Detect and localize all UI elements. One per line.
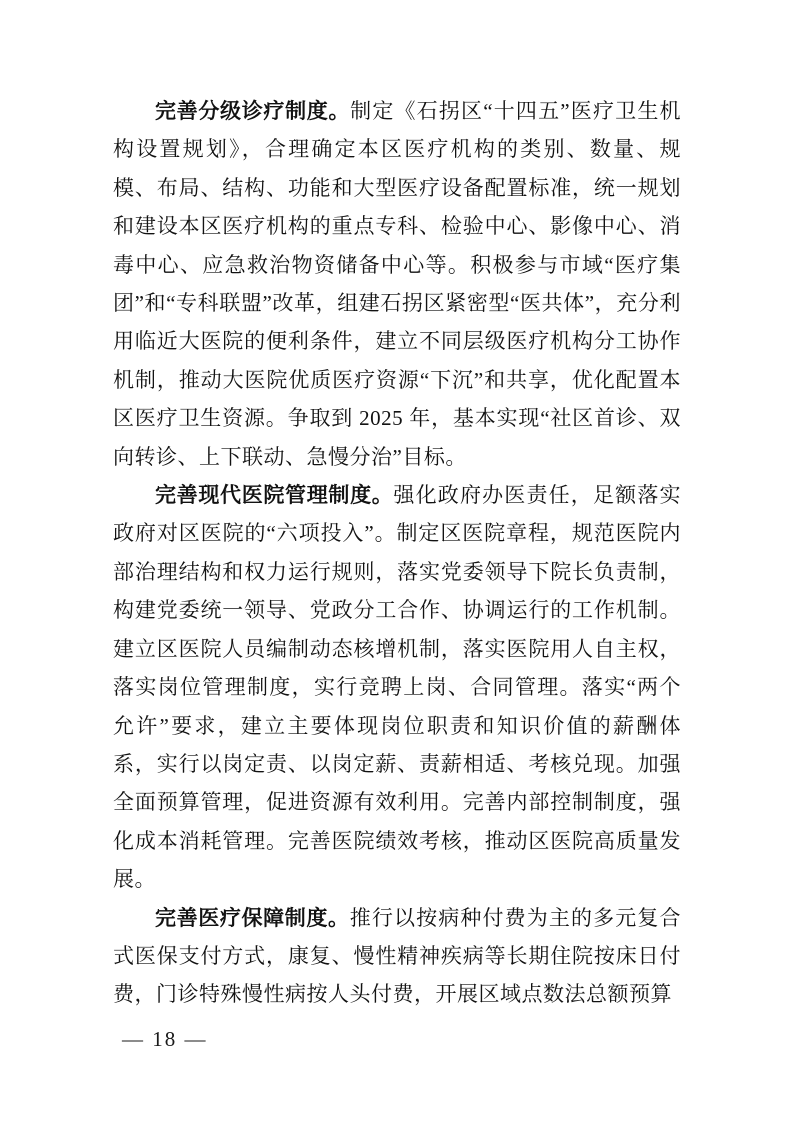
paragraph-hierarchical-diagnosis: 完善分级诊疗制度。制定《石拐区“十四五”医疗卫生机构设置规划》，合理确定本区医疗… [113, 92, 681, 476]
paragraph-modern-hospital-management: 完善现代医院管理制度。强化政府办医责任，足额落实政府对区医院的“六项投入”。制定… [113, 476, 681, 898]
document-page: 完善分级诊疗制度。制定《石拐区“十四五”医疗卫生机构设置规划》，合理确定本区医疗… [0, 0, 793, 1122]
document-body: 完善分级诊疗制度。制定《石拐区“十四五”医疗卫生机构设置规划》，合理确定本区医疗… [113, 92, 681, 1014]
paragraph-medical-insurance: 完善医疗保障制度。推行以按病种付费为主的多元复合式医保支付方式，康复、慢性精神疾… [113, 899, 681, 1014]
paragraph-text: 强化政府办医责任，足额落实政府对区医院的“六项投入”。制定区医院章程，规范医院内… [113, 483, 681, 891]
paragraph-lead: 完善分级诊疗制度。 [155, 99, 350, 123]
page-number: — 18 — [122, 1027, 208, 1051]
page-footer: — 18 — [122, 1024, 208, 1054]
paragraph-lead: 完善现代医院管理制度。 [155, 483, 393, 507]
paragraph-text: 制定《石拐区“十四五”医疗卫生机构设置规划》，合理确定本区医疗机构的类别、数量、… [113, 99, 681, 469]
paragraph-lead: 完善医疗保障制度。 [155, 906, 350, 930]
